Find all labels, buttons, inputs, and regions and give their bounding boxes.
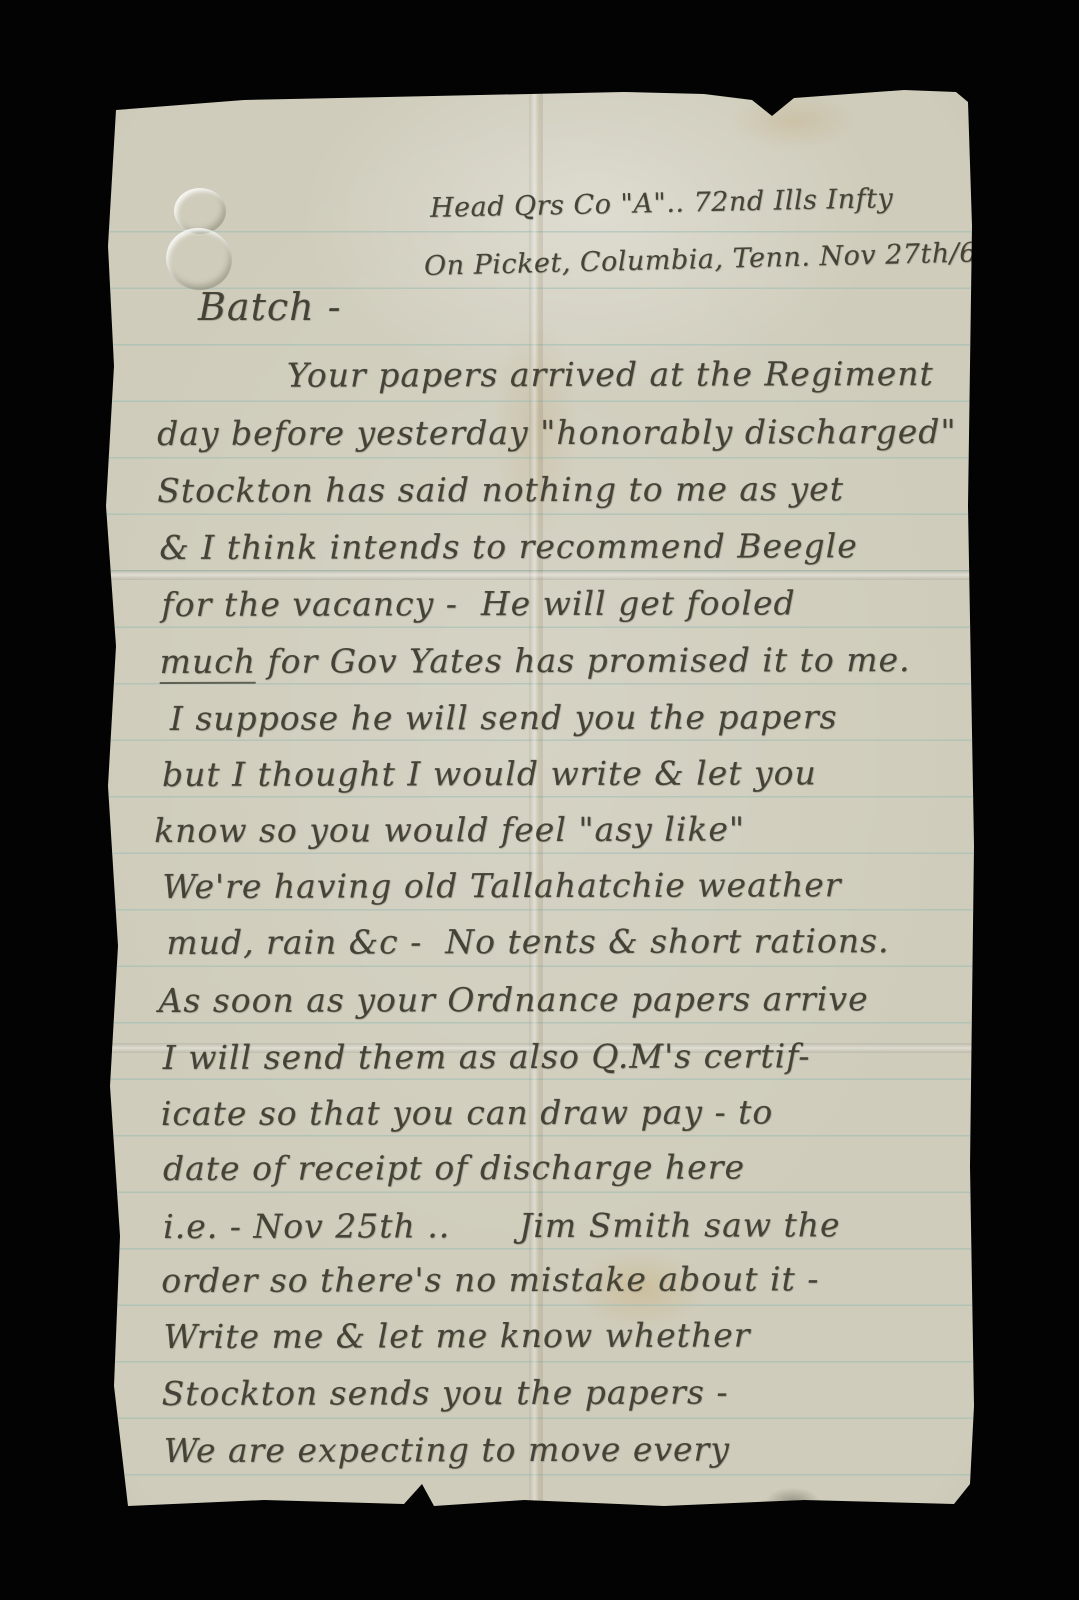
- handwriting-line-11: mud, rain &c - No tents & short rations.: [166, 924, 889, 959]
- handwriting-line-10: We're having old Tallahatchie weather: [162, 868, 841, 903]
- handwriting-line-5: for the vacancy - He will get fooled: [161, 586, 795, 621]
- handwriting-line-1: Your papers arrived at the Regiment: [287, 357, 934, 392]
- handwriting-line-15: date of receipt of discharge here: [163, 1150, 745, 1185]
- handwriting-line-20: We are expecting to move every: [164, 1433, 730, 1467]
- handwriting-line-12: As soon as your Ordnance papers arrive: [158, 982, 868, 1017]
- handwriting-line-16: i.e. - Nov 25th .. Jim Smith saw the: [163, 1208, 840, 1243]
- photo-background: Head Qrs Co "A".. 72nd Ills Infty On Pic…: [0, 0, 1079, 1600]
- handwriting-line-4: & I think intends to recommend Beegle: [159, 529, 857, 564]
- handwriting-line-6: much for Gov Yates has promised it to me…: [160, 643, 911, 678]
- letter-paper: Head Qrs Co "A".. 72nd Ills Infty On Pic…: [104, 86, 976, 1510]
- handwriting-line-9: know so you would feel "asy like": [154, 812, 745, 847]
- handwriting-line-8: but I thought I would write & let you: [162, 756, 817, 791]
- handwriting-line-17: order so there's no mistake about it -: [161, 1262, 819, 1297]
- handwriting-line-14: icate so that you can draw pay - to: [161, 1095, 773, 1130]
- letter-body: Your papers arrived at the Regimentday b…: [102, 85, 978, 1511]
- underlined-word: much: [160, 642, 256, 684]
- handwriting-line-2: day before yesterday "honorably discharg…: [157, 415, 957, 450]
- handwriting-line-7: I suppose he will send you the papers: [170, 700, 838, 735]
- handwriting-line-13: I will send them as also Q.M's certif-: [163, 1039, 811, 1074]
- handwriting-line-19: Stockton sends you the papers -: [162, 1376, 729, 1410]
- handwriting-line-rest: for Gov Yates has promised it to me.: [256, 640, 911, 681]
- handwriting-line-18: Write me & let me know whether: [163, 1318, 750, 1353]
- handwriting-line-3: Stockton has said nothing to me as yet: [157, 472, 844, 507]
